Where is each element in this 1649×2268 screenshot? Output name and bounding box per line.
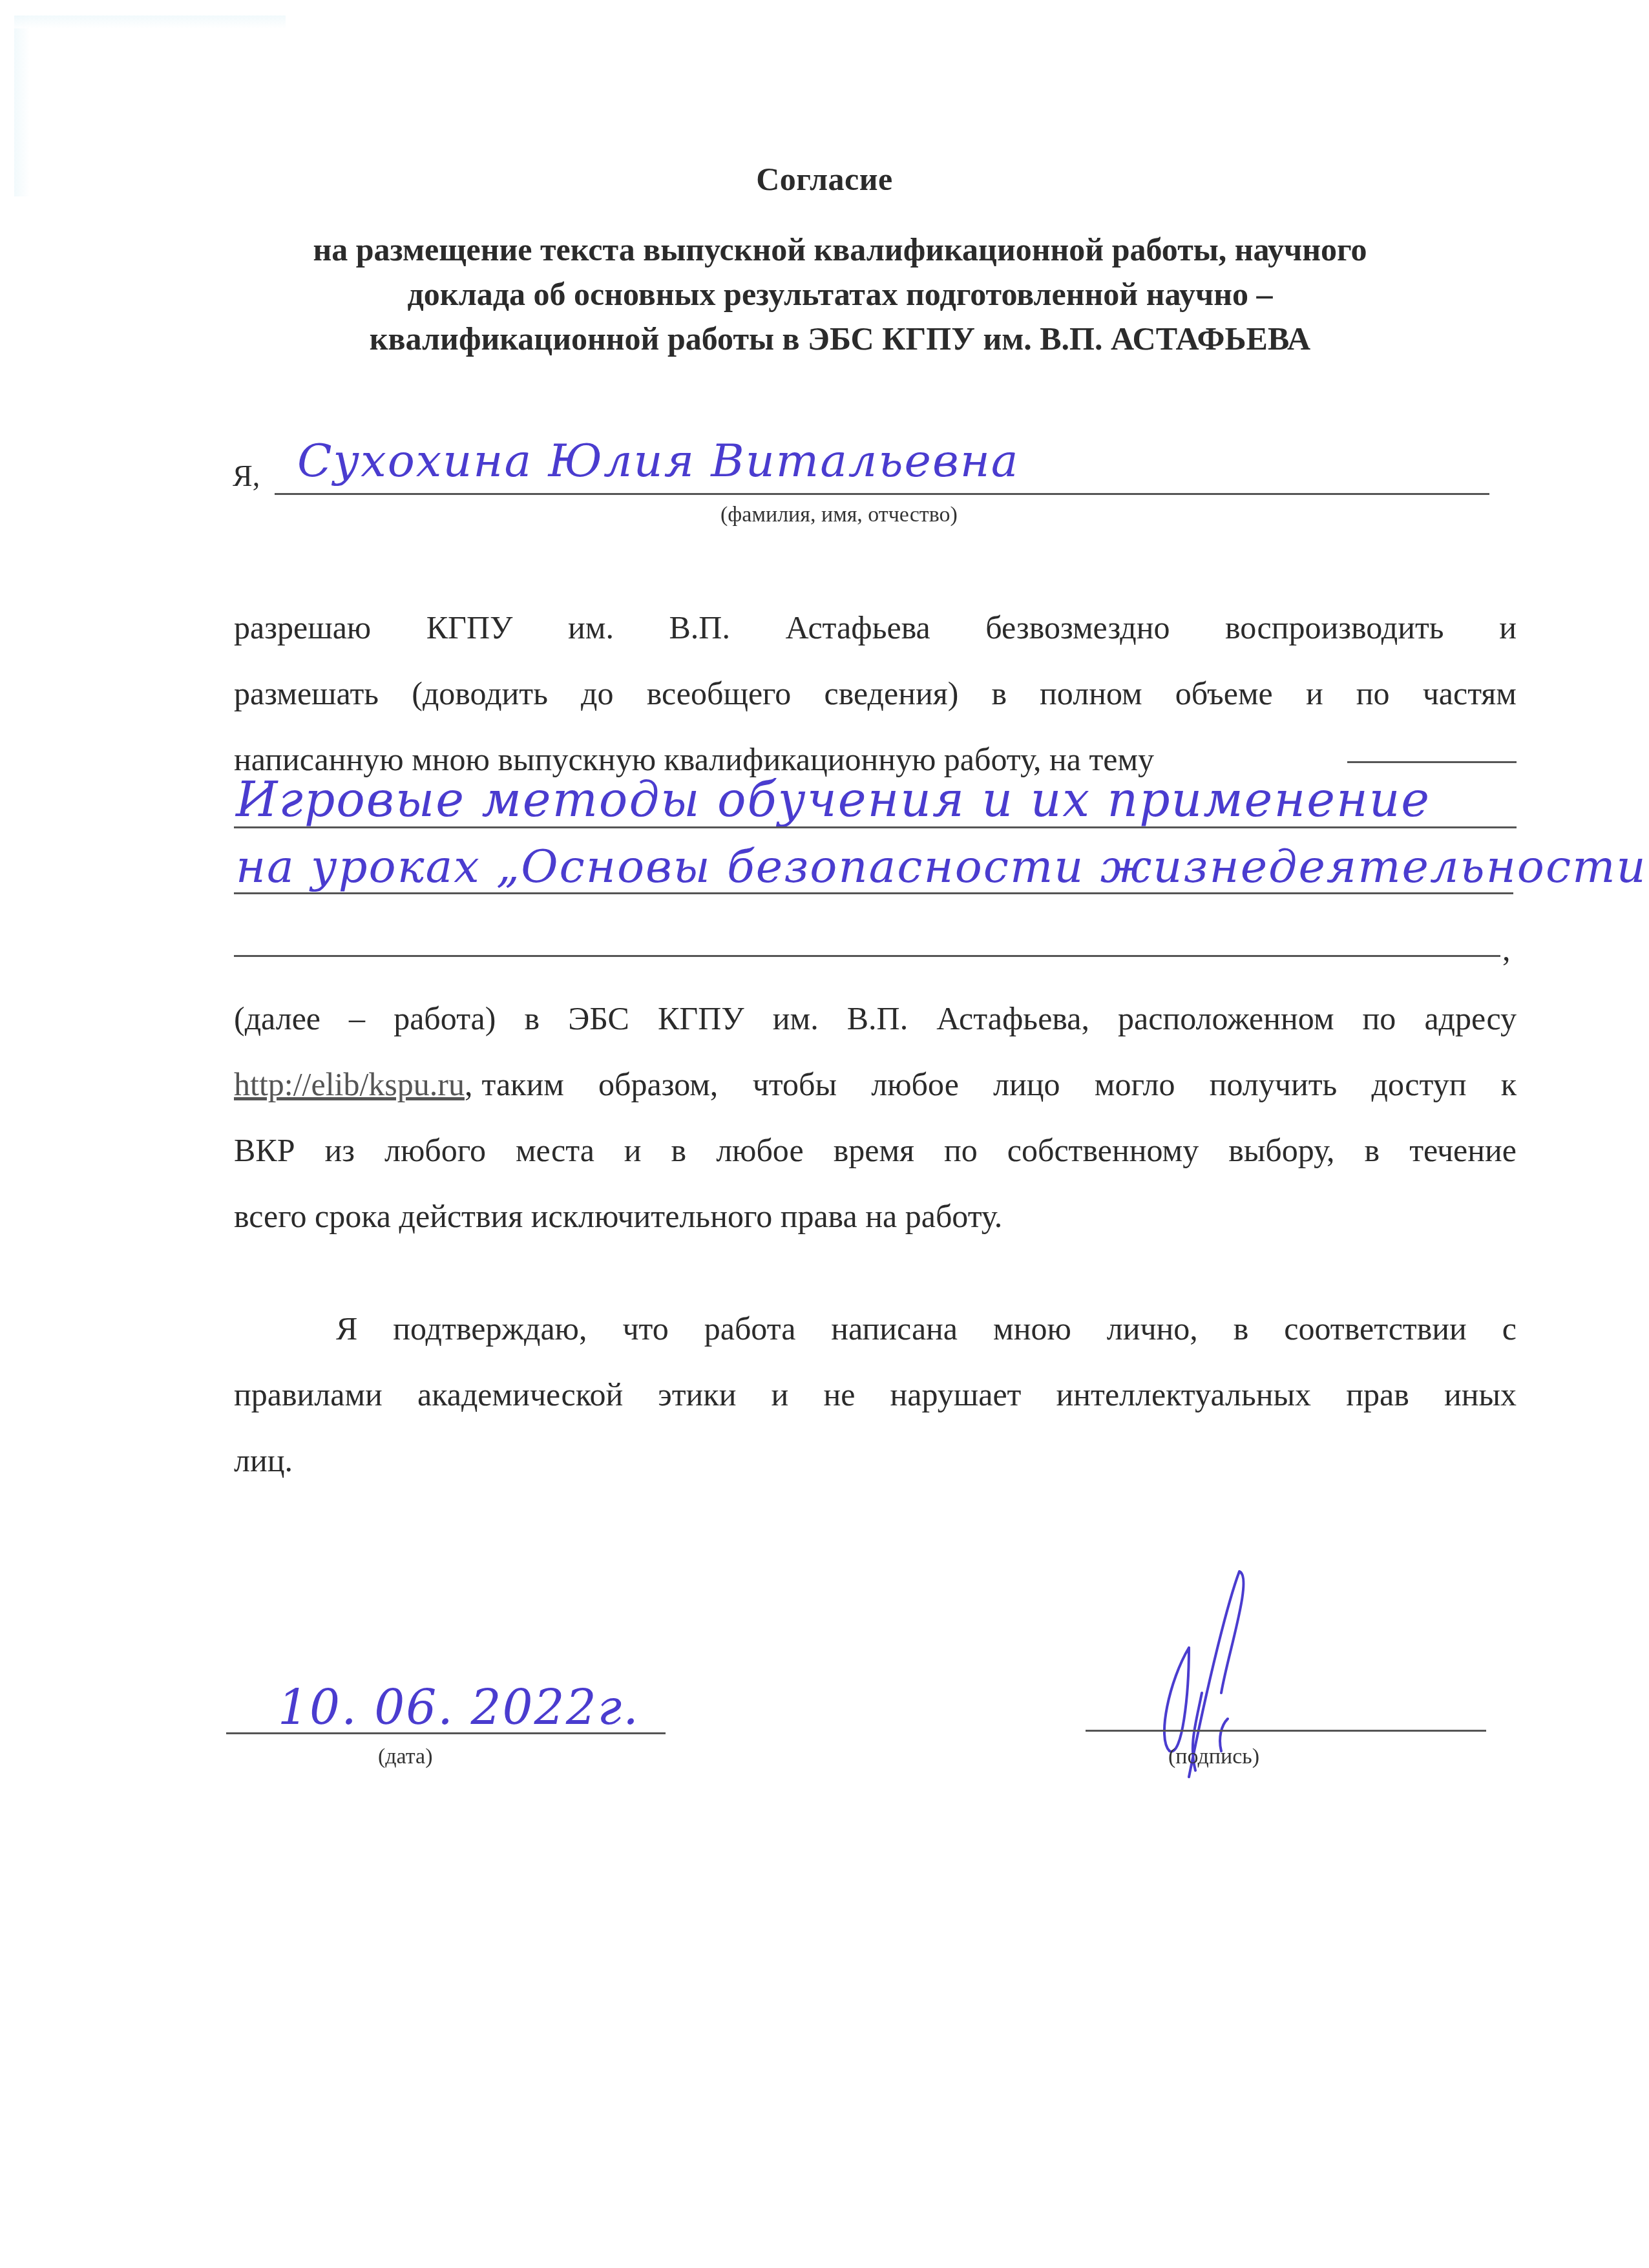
confirmation-line-2: правилами академической этики и не наруш… (234, 1361, 1517, 1427)
topic-handwritten-line-2: на уроках „Основы безопасности жизнедеят… (236, 840, 1649, 893)
signature-field-line (1086, 1730, 1486, 1732)
publication-line-2: http://elib/kspu.ru, таким образом, чтоб… (234, 1051, 1517, 1117)
topic-line-3 (234, 892, 1513, 894)
name-handwritten: Сухохина Юлия Витальевна (297, 434, 1020, 487)
confirmation-line-3: лиц. (234, 1427, 1517, 1493)
date-handwritten: 10. 06. 2022г. (278, 1680, 640, 1736)
topic-line-comma: , (1502, 930, 1511, 968)
document-subtitle: на размещение текста выпускной квалифика… (194, 227, 1486, 361)
elib-url-link[interactable]: http://elib/kspu.ru (234, 1051, 465, 1117)
subtitle-line: квалификационной работы в ЭБС КГПУ им. В… (194, 317, 1486, 361)
subtitle-line: на размещение текста выпускной квалифика… (194, 227, 1486, 272)
confirmation-line-1: Я подтверждаю, что работа написана мною … (336, 1296, 1517, 1361)
url-suffix: , (465, 1051, 473, 1117)
name-field-line (275, 493, 1489, 495)
publication-line-2-text: таким образом, чтобы любое лицо могло по… (481, 1051, 1517, 1117)
publication-line-4: всего срока действия исключительного пра… (234, 1183, 1517, 1249)
date-caption: (дата) (378, 1745, 433, 1769)
publication-line-1: (далее – работа) в ЭБС КГПУ им. В.П. Аст… (234, 985, 1517, 1051)
name-caption: (фамилия, имя, отчество) (720, 503, 958, 527)
signature-caption: (подпись) (1168, 1745, 1259, 1769)
topic-handwritten-line-1: Игровые методы обучения и их применение (236, 772, 1431, 828)
name-prefix: Я, (233, 459, 260, 493)
topic-line-start (1347, 761, 1517, 763)
date-field-line (226, 1732, 666, 1734)
publication-line-3: ВКР из любого места и в любое время по с… (234, 1117, 1517, 1183)
topic-line-2 (234, 826, 1517, 828)
permission-line-2: размешать (доводить до всеобщего сведени… (234, 660, 1517, 726)
subtitle-line: доклада об основных результатах подготов… (194, 272, 1486, 317)
scan-edge-artifact-top (14, 16, 286, 28)
permission-line-1: разрешаю КГПУ им. В.П. Астафьева безвозм… (234, 594, 1517, 660)
topic-line-4 (234, 955, 1500, 957)
document-title: Согласие (0, 160, 1649, 198)
